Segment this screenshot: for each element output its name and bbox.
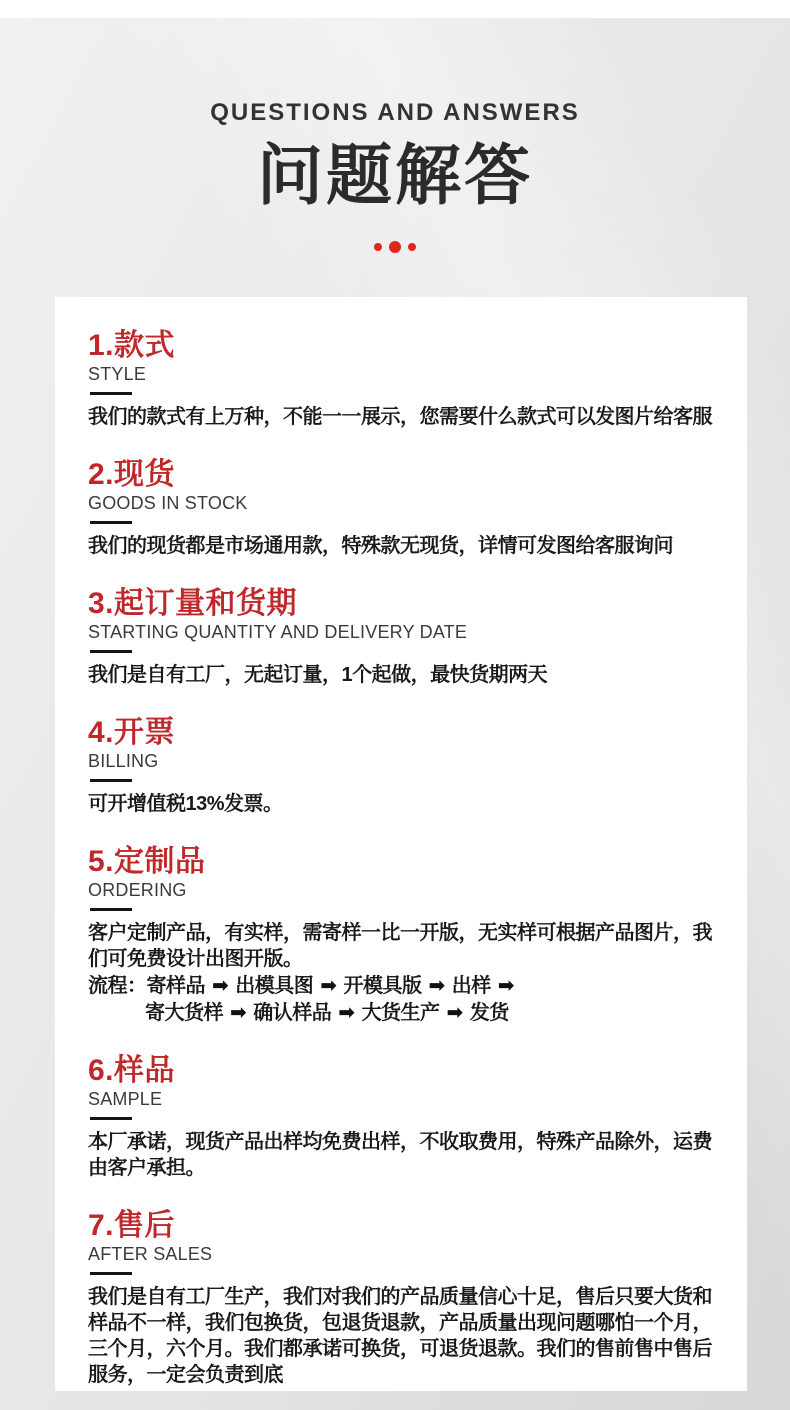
flow-arrow-icon: ➡ [331,1000,361,1024]
section-heading: 5.定制品 [88,846,715,878]
section-eng-label: STYLE [88,364,715,384]
section-divider [90,521,132,524]
page-title: 问题解答 [0,138,790,212]
section-divider [90,392,132,395]
flow-row: 寄大货样➡确认样品➡大货生产➡发货 [88,999,715,1026]
faq-section: 5.定制品 ORDERING 客户定制产品，有实样，需寄样一比一开版，无实样可根… [88,846,715,1026]
section-heading: 7.售后 [88,1210,715,1242]
flow-arrow-icon: ➡ [422,973,452,997]
section-eng-label: GOODS IN STOCK [88,493,715,513]
section-heading: 3.起订量和货期 [88,588,715,620]
section-heading: 2.现货 [88,459,715,491]
flow-arrow-icon: ➡ [313,973,343,997]
flow-arrow-icon: ➡ [491,973,521,997]
dot-icon [389,241,401,253]
section-paragraph: 我们的现货都是市场通用款，特殊款无现货，详情可发图给客服询问 [88,533,715,559]
section-eng-label: AFTER SALES [88,1244,715,1264]
section-divider [90,1117,132,1120]
section-paragraph: 可开增值税13%发票。 [88,791,715,817]
section-heading: 1.款式 [88,330,715,362]
faq-section: 2.现货 GOODS IN STOCK 我们的现货都是市场通用款，特殊款无现货，… [88,459,715,559]
section-heading: 4.开票 [88,717,715,749]
section-divider [90,1272,132,1275]
faq-section: 1.款式 STYLE 我们的款式有上万种，不能一一展示，您需要什么款式可以发图片… [88,330,715,430]
section-divider [90,908,132,911]
flow-arrow-icon: ➡ [205,973,235,997]
page: { "colors": { "accent_heading": "#c0272b… [0,0,790,1410]
dot-icon [408,243,416,251]
flow-arrow-icon: ➡ [223,1000,253,1024]
section-heading: 6.样品 [88,1055,715,1087]
section-eng-label: ORDERING [88,880,715,900]
faq-section: 6.样品 SAMPLE 本厂承诺，现货产品出样均免费出样，不收取费用，特殊产品除… [88,1055,715,1181]
flow-row: 流程：寄样品➡出模具图➡开模具版➡出样➡ [88,972,715,999]
dot-icon [374,243,382,251]
faq-section: 4.开票 BILLING 可开增值税13%发票。 [88,717,715,817]
section-eng-label: BILLING [88,751,715,771]
section-paragraph: 我们的款式有上万种，不能一一展示，您需要什么款式可以发图片给客服 [88,404,715,430]
faq-card: 1.款式 STYLE 我们的款式有上万种，不能一一展示，您需要什么款式可以发图片… [55,297,747,1391]
faq-section: 7.售后 AFTER SALES 我们是自有工厂生产，我们对我们的产品质量信心十… [88,1210,715,1388]
section-divider [90,779,132,782]
decorative-dots [0,240,790,254]
section-eng-label: SAMPLE [88,1089,715,1109]
section-eng-label: STARTING QUANTITY AND DELIVERY DATE [88,622,715,642]
section-paragraph: 我们是自有工厂生产，我们对我们的产品质量信心十足，售后只要大货和样品不一样，我们… [88,1284,715,1388]
header-subtitle: QUESTIONS AND ANSWERS [0,99,790,127]
section-paragraph: 本厂承诺，现货产品出样均免费出样，不收取费用，特殊产品除外，运费由客户承担。 [88,1129,715,1181]
section-divider [90,650,132,653]
flow-arrow-icon: ➡ [440,1000,470,1024]
faq-section: 3.起订量和货期 STARTING QUANTITY AND DELIVERY … [88,588,715,688]
section-paragraph: 客户定制产品，有实样，需寄样一比一开版，无实样可根据产品图片，我们可免费设计出图… [88,920,715,972]
section-paragraph: 我们是自有工厂，无起订量，1个起做，最快货期两天 [88,662,715,688]
